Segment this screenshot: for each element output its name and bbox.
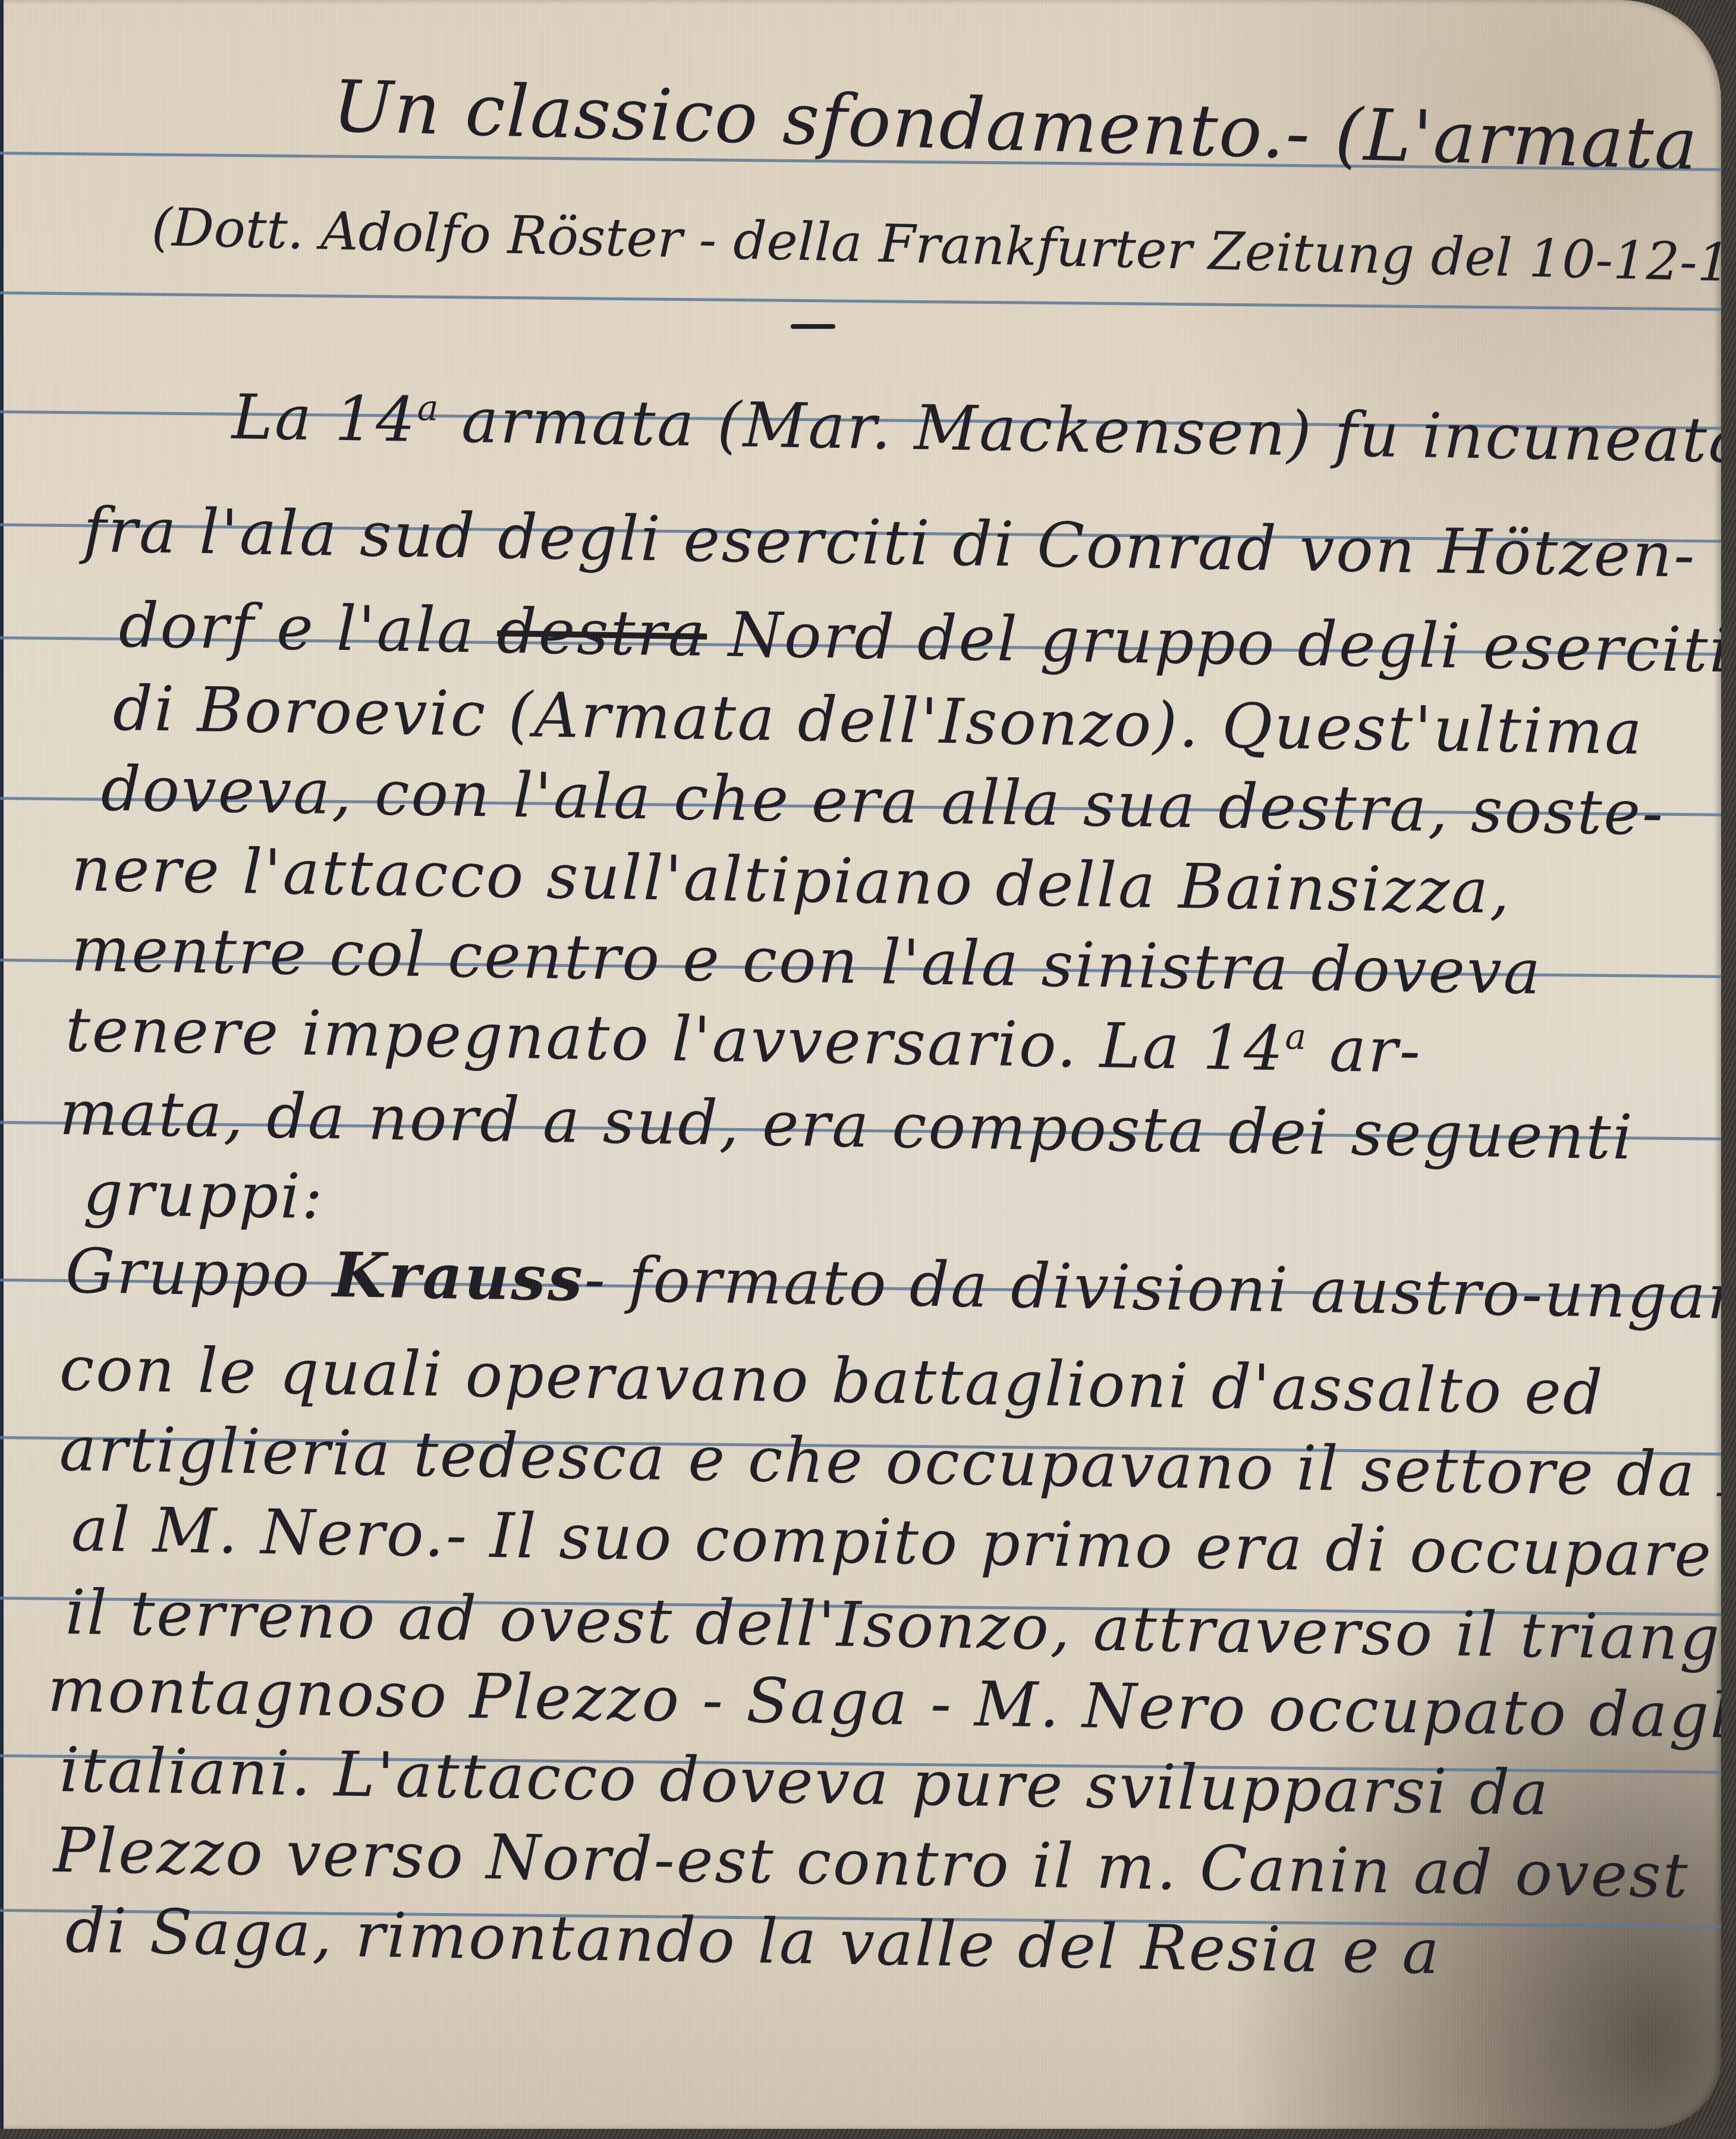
separator-dash xyxy=(791,324,835,329)
rule-line xyxy=(0,291,1721,311)
group-name: Krauss xyxy=(332,1238,585,1315)
struck-word: destra xyxy=(496,595,707,671)
notebook-page: Un classico sfondamento.- (L'armata d'ur… xyxy=(0,0,1721,2129)
text-line-10: gruppi: xyxy=(83,1157,325,1233)
